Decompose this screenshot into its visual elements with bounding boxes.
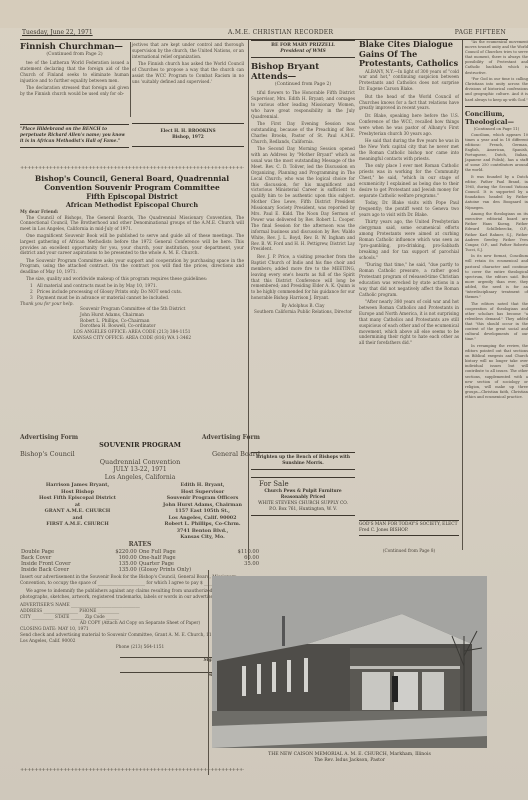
photo-caption-line: The Rev. Isdus Jackson, Pastor (212, 758, 487, 764)
article-headline: Finnish Churchman— (20, 42, 129, 52)
ad-jones: GOD'S MAN FOR TODAY'S SOCIETY, ELECT Fre… (359, 520, 459, 536)
article-paragraph: The declaration stressed that foreign ai… (20, 85, 129, 97)
article-headline: Bishop Bryant Attends— (251, 62, 355, 82)
letter-paragraph: The size, quality and worldwide makeup o… (20, 277, 244, 283)
article-paragraph: Dr. Blake, speaking here before the U.S.… (359, 113, 459, 137)
article-paragraph: "After nearly 380 years of cold war and … (359, 299, 459, 346)
ad-brookins: Elect H. H. BROOKINS Bishop, 1972 (132, 123, 244, 147)
form-heading: Bishop's Council (20, 450, 75, 458)
ad-for-sale-line: P.O. Box 761, Huntington, W. V. (251, 507, 355, 513)
ad-prizzell-line2: President of WMS (251, 49, 355, 55)
article-headline: Blake Cites Dialogue Gains Of The Protes… (359, 40, 459, 69)
article-finnish-churchman-cont: jectives that are kept under control and… (132, 42, 244, 86)
article-paragraph: The editors noted that the cooperation o… (465, 302, 528, 343)
decorative-border: ++++++++++++++++++++++++++++++++++++++++… (20, 768, 244, 773)
form-dates: JULY 13-22, 1971 (20, 466, 260, 474)
rates-row: Inside Back Cover135.00(Glossy Prints On… (20, 567, 260, 573)
article-paragraph: The Finnish church has asked the World C… (132, 61, 244, 85)
rates-table: Double Page$220.00One Full Page$110.00Ba… (20, 549, 260, 573)
article-paragraph: tee of the Lutheran World Federation iss… (20, 60, 129, 84)
column-rule (462, 40, 463, 550)
church-building-image (212, 576, 487, 748)
council-letter: Bishop's Council, General Board, Quadren… (20, 174, 244, 341)
form-title: SOUVENIR PROGRAM (20, 441, 260, 450)
ad-for-sale-title: For Sale (251, 480, 355, 489)
rates-cell: (Glossy Prints Only) (138, 567, 223, 573)
letter-headline: African Methodist Episcopal Church (20, 201, 244, 210)
article-blake: Blake Cites Dialogue Gains Of The Protes… (359, 40, 459, 348)
form-heading: Quadrennial Convention (20, 458, 260, 466)
column-rule (130, 42, 131, 117)
article-finnish-churchman: Finnish Churchman— (Continued from Page … (20, 42, 129, 98)
continued-note: (Continued from Page 8) (359, 548, 459, 554)
article-paragraph: Concilium, which appears 10 times a year… (465, 133, 528, 174)
ad-for-sale: For Sale Church Pews & Pulpit Furniture … (251, 477, 355, 516)
form-city: Los Angeles, California (20, 474, 260, 482)
article-paragraph: tiful flowers to The Honorable Fifth Dis… (251, 90, 355, 120)
letter-headline: Bishop's Council, General Board, Quadren… (20, 174, 244, 183)
host-left-block: Harrison James Bryant,Host BishopHost Fi… (20, 482, 135, 541)
masthead-page-number: PAGE FIFTEEN (455, 29, 506, 36)
article-paragraph: "For God in our time is calling Christia… (465, 77, 528, 102)
article-paragraph: In its new format, Concilium will retain… (465, 254, 528, 300)
host-right-block: Edith H. Bryant,Host SupervisorSouvenir … (145, 482, 260, 541)
decorative-border: ++++++++++++++++++++++++++++++++++++++++… (20, 166, 244, 171)
form-label: Advertising Form (20, 434, 78, 441)
byline-title: Southern California Public Relations, Di… (251, 309, 355, 315)
ad-brookins-line2: Bishop, 1972 (132, 135, 244, 141)
form-label: Advertising Form (202, 434, 260, 441)
rates-cell: 135.00 (101, 567, 138, 573)
article-paragraph: He said that during the five years he wa… (359, 138, 459, 162)
letter-paragraph: The Council of Bishops, The General Boar… (20, 216, 244, 233)
office-phone: KANSAS CITY OFFICE: AREA CODE (816) WA 1… (20, 336, 244, 342)
article-paragraph: The only place I ever met Roman Catholic… (359, 163, 459, 198)
column-rule (208, 570, 209, 775)
article-paragraph: It was founded by a Dutch editor, Father… (465, 175, 528, 211)
ad-morris: Brighten up the Bench of Bishops with Su… (251, 452, 355, 470)
article-blake-cont: "As the ecumenical movement moves toward… (465, 40, 528, 402)
article-paragraph: Today, Dr. Blake visits with Pope Paul f… (359, 200, 459, 218)
letter-headline: Fifth Episcopal District (20, 192, 244, 201)
article-paragraph: "As the ecumenical movement moves toward… (465, 40, 528, 76)
ad-prizzell: BE FOR MARY PRIZZELL President of WMS (251, 40, 355, 58)
article-paragraph: ALBANY, N.Y.—In light of 300 years of "c… (359, 69, 459, 93)
continued-note: (Continued from Page 2) (20, 52, 129, 58)
article-paragraph: jectives that are kept under control and… (132, 42, 244, 60)
guidelines-list: 1 All material and contracts must be in … (20, 284, 244, 301)
church-photo (212, 576, 487, 748)
photo-caption: THE NEW CAISON MEMORIAL A. M. E. CHURCH,… (212, 752, 487, 764)
article-headline: Concilium, Theological— (465, 110, 528, 126)
article-paragraph: The Second Day Morning Session opened wi… (251, 146, 355, 252)
article-paragraph: Rev. J. P. Price, a visiting preacher fr… (251, 254, 355, 301)
newspaper-page: Tuesday, June 22, 1971 A.M.E. CHRISTIAN … (0, 0, 528, 800)
letter-headline: Convention Souvenir Program Committee (20, 183, 244, 192)
article-paragraph: In revamping the review, the editors poi… (465, 344, 528, 400)
page-top-margin (0, 0, 528, 28)
rates-title: RATES (20, 541, 260, 549)
letter-paragraph: The Souvenir Program Committee asks your… (20, 259, 244, 276)
letter-paragraph: One magnificent Souvenir Book will be pu… (20, 234, 244, 257)
article-paragraph: Among the theologians on its executive e… (465, 212, 528, 253)
rates-cell: Inside Back Cover (20, 567, 101, 573)
rates-cell (223, 567, 260, 573)
article-paragraph: "During that time," he said, "due partly… (359, 262, 459, 297)
continued-note: (Continued from Page 2) (251, 82, 355, 88)
article-bishop-bryant: Bishop Bryant Attends— (Continued from P… (251, 62, 355, 314)
ad-hildebrand: "Place Hildebrand on the BENCH to perpet… (20, 124, 129, 148)
form-heading: General Board (212, 450, 260, 458)
divider (465, 106, 528, 107)
article-paragraph: The First Day Evening Session was outsta… (251, 121, 355, 145)
masthead-paper-title: A.M.E. CHRISTIAN RECORDER (228, 29, 333, 36)
masthead-date: Tuesday, June 22, 1971 (22, 29, 93, 36)
article-paragraph: Thirty years ago, the United Presbyteria… (359, 219, 459, 260)
article-paragraph: But the head of the World Council of Chu… (359, 94, 459, 112)
continued-note: (Continued on Page 11) (465, 126, 528, 131)
